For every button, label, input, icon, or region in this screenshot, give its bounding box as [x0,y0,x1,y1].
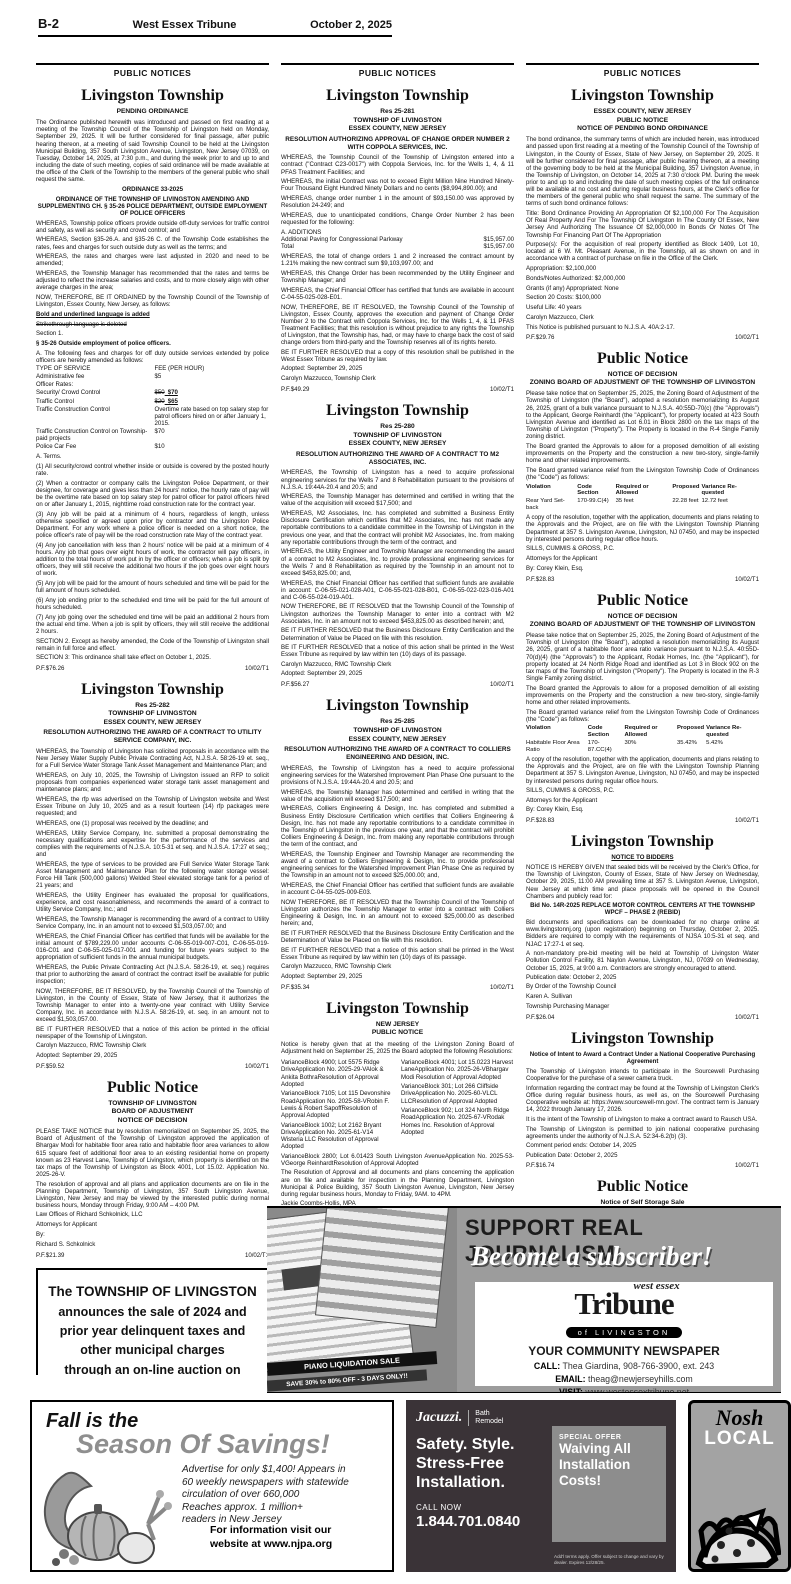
notice: Livingston TownshipRes 25-282TOWNSHIP OF… [36,681,269,1070]
notice-paragraph: The Ordinance published herewith was int… [36,119,269,183]
variance-table-cell: Rear Yard Set-back [526,497,577,512]
fee-row: Traffic Construction Control on Township… [36,428,269,442]
newspaper-photo-collage: PIANO LIQUIDATION SALE SAVE 30% to 80% O… [267,1208,457,1392]
notice-paragraph: A copy of the resolution, together with … [526,514,759,543]
notice-paragraph: This Notice is published pursuant to N.J… [526,324,759,331]
notice-paragraph: VarianceBlock 2800; Lot 6.01423 South Li… [281,1153,514,1167]
column-3: PUBLIC NOTICES Livingston TownshipESSEX … [526,63,759,1375]
notice-paragraph: WHEREAS, the Township of Livingston has … [281,469,514,490]
notice-title: Public Notice [526,592,759,610]
notice-paragraph: BE IT FURTHER RESOLVED that the Business… [281,930,514,944]
notices-column-1: Livingston TownshipPENDING ORDINANCEThe … [36,82,269,1268]
notice-title: Livingston Township [526,1030,759,1048]
notice-paragraph: WHEREAS, the Public Private Contracting … [36,964,269,985]
notice-subtitle: NOTICE OF DECISION [526,371,759,380]
notice-subtitle: PUBLIC NOTICE [281,1029,514,1038]
notice-subtitle: ESSEX COUNTY, NEW JERSEY [281,440,514,449]
issue-date: October 2, 2025 [310,19,392,31]
variance-table-cell: 170-87.CC(4) [588,739,625,754]
notice-fee: P.F.$16.74 [526,1162,554,1169]
notice-paragraph: ORDINANCE OF THE TOWNSHIP OF LIVINGSTON … [36,196,269,217]
notice-paragraph: A non-mandatory pre-bid meeting will be … [526,950,759,971]
notice-title: Livingston Township [281,87,514,105]
special-offer-box: SPECIAL OFFER Waiving All Installation C… [552,1426,666,1542]
variance-table-header: Violation [526,725,588,739]
fee-row: Traffic Construction ControlOvertime rat… [36,406,269,427]
variance-table-cell: 22.28 feet [672,497,701,512]
notice-subtitle: NOTICE OF DECISION [36,1117,269,1126]
notice-paragraph: WHEREAS, on July 10, 2025, the Township … [36,772,269,793]
notice-paragraph: A copy of the resolution, together with … [526,756,759,785]
variance-table-header: Code Section [588,725,625,739]
newspaper-title: West Essex Tribune [133,19,237,31]
notice-subtitle: PUBLIC NOTICE [526,117,759,126]
notice-fee: P.F.$29.76 [526,334,554,341]
notice-subtitle: TOWNSHIP OF LIVINGSTON [36,1100,269,1109]
notice: Livingston TownshipRes 25-280TOWNSHIP OF… [281,402,514,688]
signature-line: Attorneys for the Applicant [526,797,759,805]
fee-row: Security/ Crowd Control$50 $70 [36,389,269,396]
notice-paragraph: NOW, THEREFORE, BE IT RESOLVED, the Town… [281,304,514,347]
notice-paragraph: Section 20 Costs: $100,000 [526,294,759,301]
notice-paragraph: WHEREAS, Township police officers provid… [36,220,269,234]
notice-fee: P.F.$35.34 [281,984,309,991]
notice-paragraph: WHEREAS, change order number 1 in the am… [281,195,514,209]
variance-table-header: Required or Allowed [625,725,677,739]
notice-footer: P.F.$26.0410/02/T1 [526,1014,759,1021]
notice-paragraph: The Board granted variance relief from t… [526,467,759,481]
notice-paragraph: WHEREAS, the Chief Financial Officer has… [281,580,514,601]
jacuzzi-headline: Safety. Style. Stress-Free Installation. [416,1436,536,1493]
notice: Livingston TownshipNOTICE TO BIDDERSNOTI… [526,833,759,1021]
tribune-logo-west-essex: west essex [633,1280,679,1292]
resolution-list-column: VarianceBlock 4900; Lot 5575 Ridge Drive… [281,1057,394,1150]
notice-paragraph: WHEREAS, Colliers Engineering & Design, … [281,805,514,848]
notice-subtitle: Res 25-280 [281,423,514,432]
notice-paragraph: Strikethrough language is deleted [36,321,269,328]
signature-line: By Order of the Township Council [526,983,759,991]
notice-paragraph: WHEREAS, due to unanticipated conditions… [281,212,514,226]
notice-subtitle: ESSEX COUNTY, NEW JERSEY [526,108,759,117]
variance-table-header: Proposed [677,725,706,739]
signature-line: Karen A. Sullivan [526,993,759,1001]
notice-paragraph: PLEASE TAKE NOTICE that by resolution me… [36,1128,269,1178]
notice-paragraph: The Township of Livingston is permitted … [526,1126,759,1140]
public-notices-header-1: PUBLIC NOTICES [36,63,269,78]
notice-fee: P.F.$56.27 [281,681,309,688]
notice-subtitle: Res 25-281 [281,108,514,117]
notice-title: Livingston Township [526,833,759,851]
notice-paragraph: It is the intent of the Township of Livi… [526,1116,759,1123]
variance-table-header-row: ViolationCode SectionRequired or Allowed… [526,484,759,498]
notice-paragraph: SECTION 2. Except as hereby amended, the… [36,638,269,652]
signature-line: SILLS, CUMMIS & GROSS, P.C. [526,787,759,795]
notice-paragraph: (6) Any job ending prior to the schedule… [36,597,269,611]
fee-new-value: $65 [165,398,178,405]
notice-footer: P.F.$56.2710/02/T1 [281,681,514,688]
notice-subtitle: TOWNSHIP OF LIVINGSTON [281,432,514,441]
notice-footer: P.F.$49.2910/02/T1 [281,386,514,393]
notice: Public NoticeNOTICE OF DECISIONZONING BO… [526,350,759,583]
notice-title: Public Notice [526,1178,759,1196]
resolution-item: VarianceBlock 7105; Lot 115 Devonshire R… [281,1090,394,1119]
notice-paragraph: The Resolution of Approval and all docum… [281,1169,514,1198]
notice-paragraph: (3) Any job will be paid at a minimum of… [36,511,269,540]
amount-value: $15,957.00 [484,236,515,243]
notice-run-date: 10/02/T1 [735,576,759,583]
subscribe-script-line: Become a subscriber! [471,1241,712,1272]
signature-line: By: Corey Klein, Esq. [526,806,759,814]
bottom-ad-strip: Fall is the Season Of Savings! Advertise… [30,1400,761,1572]
notice-heading: RESOLUTION AUTHORIZING THE AWARD OF A CO… [281,451,514,467]
signature-line: By: Corey Klein, Esq. [526,565,759,573]
notice-paragraph: NOTICE IS HEREBY GIVEN that sealed bids … [526,864,759,900]
notice-columns: PUBLIC NOTICES Livingston TownshipPENDIN… [0,63,791,1375]
variance-table-row: Habitable Floor Area Ratio170-87.CC(4)30… [526,739,759,754]
notice-paragraph: WHEREAS, the Chief Financial Officer has… [281,882,514,896]
variance-table-row: Rear Yard Set-back170-99.C(4)35 feet22.2… [526,497,759,512]
fee-value: $10 [155,443,270,450]
signature-line: Attorneys for the Applicant [526,555,759,563]
masthead: B-2 West Essex Tribune October 2, 2025 [38,16,392,37]
fee-label: Officer Rates: [36,381,155,388]
tax-sale-ad: The TOWNSHIP OF LIVINGSTON announces the… [36,1268,269,1375]
notice-paragraph: WHEREAS, the Township Engineer and Towns… [281,851,514,880]
variance-table-cell: 5.42% [706,739,759,754]
notice-paragraph: Title: Bond Ordinance Providing An Appro… [526,210,759,239]
notice-paragraph: WHEREAS, the Utility Engineer has evalua… [36,892,269,913]
notice-paragraph: (4) Any job cancellation with less than … [36,542,269,578]
jacuzzi-bath-remodel-ad: Jacuzzi. Bath Remodel Safety. Style. Str… [406,1400,676,1572]
notice-paragraph: Bold and underlined language is added [36,311,269,318]
subscribe-visit-line[interactable]: VISIT: www.westessextribune.net [475,1387,773,1393]
notice-paragraph: WHEREAS, Utility Service Company, Inc. s… [36,830,269,859]
notice-paragraph: Comment period ends: October 14, 2025 [526,1142,759,1149]
amount-row: Total$15,957.00 [281,243,514,250]
subscribe-tagline: YOUR COMMUNITY NEWSPAPER [475,1344,773,1358]
notice-footer: P.F.$28.8310/02/T1 [526,817,759,824]
notice-title: Livingston Township [281,1000,514,1018]
signature-line: Carolyn Mazzucco, RMC Township Clerk [36,1042,269,1050]
notice-paragraph: A. ADDITIONS [281,229,514,236]
fall-ad-line2: Season Of Savings! [76,1429,392,1460]
notice-paragraph: (2) When a contractor or company calls t… [36,480,269,509]
notice: Livingston TownshipPENDING ORDINANCEThe … [36,87,269,672]
amount-label: Total [281,243,294,250]
notice-title: Public Notice [526,350,759,368]
notice-title: Livingston Township [281,402,514,420]
fee-row: Officer Rates: [36,381,269,388]
notice-paragraph: BE IT FURTHER RESOLVED that a notice of … [281,947,514,961]
fee-old-value: $50 [155,389,165,396]
variance-table-header: Violation [526,484,577,498]
notice-fee: P.F.$26.04 [526,1014,554,1021]
fee-row: Traffic Control$20 $65 [36,398,269,405]
notice-paragraph: NOTICE TO BIDDERS [526,854,759,861]
notice: Public NoticeNOTICE OF DECISIONZONING BO… [526,592,759,825]
tax-sale-ad-title: The TOWNSHIP OF LIVINGSTON [44,1282,261,1303]
notice-run-date: 10/02/T1 [245,665,269,672]
variance-table-cell: Habitable Floor Area Ratio [526,739,588,754]
signature-line: Adopted: September 29, 2025 [36,1052,269,1060]
notice-paragraph: Section 1. [36,330,269,337]
notice-paragraph: The Board granted variance relief from t… [526,709,759,723]
notice-subtitle: TOWNSHIP OF LIVINGSTON [281,117,514,126]
fee-label: Traffic Construction Control [36,406,155,427]
notice-paragraph: WHEREAS, the Township of Livingston has … [36,748,269,769]
notice: Livingston TownshipRes 25-281TOWNSHIP OF… [281,87,514,393]
taco-icon [693,1473,781,1569]
jacuzzi-fine-print: Add'l terms apply. Offer subject to chan… [554,1554,666,1566]
signature-line: Attorneys for Applicant [36,1221,269,1229]
notice-footer: P.F.$29.7610/02/T1 [526,334,759,341]
notice-heading: RESOLUTION AUTHORIZING APPROVAL OF CHANG… [281,136,514,152]
amount-label: Additional Paving for Congressional Park… [281,236,403,243]
notice-paragraph: NOW THEREFORE, BE IT RESOLVED that the T… [281,899,514,928]
notice-paragraph: BE IT FURTHER RESOLVED that a notice of … [36,1026,269,1040]
notice-paragraph: WHEREAS, one (1) proposal was received b… [36,820,269,827]
notice-paragraph: WHEREAS, the Chief Financial Officer has… [36,933,269,962]
notice-paragraph: Bonds/Notes Authorized: $2,000,000 [526,275,759,282]
fee-old-value: $20 [155,398,165,405]
notice-paragraph: Useful Life: 40 years [526,304,759,311]
variance-table: ViolationCode SectionRequired or Allowed… [526,484,759,512]
notice-paragraph: Grants (if any) Appropriated: None [526,285,759,292]
notice-title: Livingston Township [36,681,269,699]
variance-table-header: Variance Re-quested [706,725,759,739]
signature-line: Richard S. Schkolnick [36,1241,269,1249]
fee-label: Administrative fee [36,373,155,380]
variance-table-header: Code Section [577,484,615,498]
resolution-item: VarianceBlock 902; Lot 324 North Ridge R… [401,1107,514,1136]
notice-paragraph: WHEREAS, the Township of Livingston has … [281,765,514,786]
notice-run-date: 10/02/T1 [245,1252,269,1259]
notice-paragraph: The resolution of approval and all plans… [36,1181,269,1210]
notice-paragraph: WHEREAS, the total of change orders 1 an… [281,253,514,267]
fee-value: FEE (PER HOUR) [155,365,270,372]
notice-footer: P.F.$76.2610/02/T1 [36,665,269,672]
notice: Public NoticeTOWNSHIP OF LIVINGSTONBOARD… [36,1079,269,1259]
fee-value: Overtime rate based on top salary step f… [155,406,270,427]
notice-paragraph: WHEREAS, the Township Manager has recomm… [36,270,269,291]
notices-column-2: Livingston TownshipRes 25-281TOWNSHIP OF… [281,82,514,1237]
notice-paragraph: WHEREAS, the Township Manager has determ… [281,493,514,507]
page-number: B-2 [38,16,59,31]
notice-paragraph: BE IT FURTHER RESOLVED that the Business… [281,627,514,641]
notice-heading: RESOLUTION AUTHORIZING THE AWARD OF A CO… [36,729,269,745]
notice-paragraph: The Board granted the Approvals to allow… [526,685,759,706]
notice-paragraph: WHEREAS, the Township Manager is recomme… [36,916,269,930]
notice-run-date: 10/02/T1 [490,386,514,393]
notice-paragraph: Notice of Intent to Award a Contract Und… [526,1051,759,1065]
fee-label: Traffic Control [36,398,155,405]
signature-line: Adopted: September 29, 2025 [281,670,514,678]
newspaper-thumbnail-2 [315,1208,449,1328]
notice-paragraph: WHEREAS, the Chief Financial Officer has… [281,287,514,301]
nosh-subtitle: LOCAL [691,1429,788,1448]
notice-paragraph: (7) Any job going over the scheduled end… [36,614,269,635]
notice-paragraph: SECTION 3: This ordinance shall take eff… [36,654,269,661]
notice-title: Livingston Township [526,87,759,105]
notice-paragraph: A. The following fees and charges for of… [36,350,269,364]
nosh-title: Nosh [691,1407,788,1429]
variance-table-cell: 170-99.C(4) [577,497,615,512]
notice-paragraph: BE IT FURTHER RESOLVED that a notice of … [281,644,514,658]
notice-subtitle: Res 25-285 [281,718,514,727]
notice-paragraph: WHEREAS, Section §35-26.A. and §35-26 C.… [36,236,269,250]
fee-label: TYPE OF SERVICE [36,365,155,372]
tribune-logo: west essex Tribune [574,1286,673,1322]
notice-paragraph: ORDINANCE 33-2025 [36,186,269,193]
notice-run-date: 10/02/T1 [735,1014,759,1021]
signature-line: Adopted: September 29, 2025 [281,365,514,373]
notice-footer: P.F.$16.7410/02/T1 [526,1162,759,1169]
notice-paragraph: Information regarding the contract may b… [526,1085,759,1114]
notice: Livingston TownshipNotice of Intent to A… [526,1030,759,1169]
variance-table-header: Proposed [672,484,701,498]
notice-paragraph: WHEREAS, the initial Contract was not to… [281,178,514,192]
signature-line: SILLS, CUMMIS & GROSS, P.C. [526,545,759,553]
signature-line: Carolyn Mazzucco, Township Clerk [281,375,514,383]
notice-footer: P.F.$21.3910/02/T1 [36,1252,269,1259]
variance-table-cell: 35 feet [616,497,673,512]
notice-paragraph: Please take notice that on September 25,… [526,632,759,682]
resolution-list: VarianceBlock 4900; Lot 5575 Ridge Drive… [281,1057,514,1150]
variance-table: ViolationCode SectionRequired or Allowed… [526,725,759,753]
notice-paragraph: Bid No. 14R-2025 REPLACE MOTOR CONTROL C… [526,902,759,916]
notice-paragraph: (1) All security/crowd control whether i… [36,463,269,477]
notice-subtitle: TOWNSHIP OF LIVINGSTON [36,710,269,719]
fall-savings-ad: Fall is the Season Of Savings! Advertise… [30,1400,394,1572]
notice-run-date: 10/02/T1 [735,334,759,341]
notice-subtitle: ZONING BOARD OF ADJUSTMENT OF THE TOWNSH… [526,621,759,630]
notice-subtitle: NOTICE OF PENDING BOND ORDINANCE [526,125,759,134]
notice-paragraph: BE IT FURTHER RESOLVED that a copy of th… [281,349,514,363]
notice-paragraph: § 35-26 Outside employment of police off… [36,340,269,347]
notice-paragraph: The bond ordinance, the summary terms of… [526,136,759,207]
variance-table-cell: 30% [625,739,677,754]
notice-fee: P.F.$49.29 [281,386,309,393]
jacuzzi-logo: Jacuzzi. [416,1410,462,1426]
resolution-item: VarianceBlock 1002; Lot 2162 Bryant Driv… [281,1122,394,1151]
notice-subtitle: NEW JERSEY [281,1021,514,1030]
notice-heading: RESOLUTION AUTHORIZING THE AWARD OF A CO… [281,746,514,762]
subscribe-ad: PIANO LIQUIDATION SALE SAVE 30% to 80% O… [267,1206,781,1393]
notice-subtitle: TOWNSHIP OF LIVINGSTON [281,727,514,736]
newspaper-page: B-2 West Essex Tribune October 2, 2025 P… [0,0,791,1584]
notice-subtitle: PENDING ORDINANCE [36,108,269,117]
tribune-logo-of-livingston: of LIVINGSTON [566,1327,683,1338]
notice-fee: P.F.$28.83 [526,817,554,824]
variance-table-header-row: ViolationCode SectionRequired or Allowed… [526,725,759,739]
notice-paragraph: WHEREAS, this Change Order has been reco… [281,270,514,284]
signature-line: Carolyn Mazzucco, RMC Township Clerk [281,661,514,669]
notice: Livingston TownshipNEW JERSEYPUBLIC NOTI… [281,1000,514,1228]
notice-paragraph: Bid documents and specifications can be … [526,919,759,948]
notice: Livingston TownshipESSEX COUNTY, NEW JER… [526,87,759,341]
fee-label: Police Car Fee [36,443,155,450]
fee-row: TYPE OF SERVICEFEE (PER HOUR) [36,365,269,372]
notice-subtitle: ESSEX COUNTY, NEW JERSEY [281,125,514,134]
fee-new-value: $70 [165,389,178,396]
signature-line: Law Offices of Richard Schkolnick, LLC [36,1211,269,1219]
notice-run-date: 10/02/T1 [490,984,514,991]
notice: Livingston TownshipRes 25-285TOWNSHIP OF… [281,697,514,990]
notice-run-date: 10/02/T1 [735,817,759,824]
notice-title: Public Notice [36,1079,269,1097]
amount-row: Additional Paving for Congressional Park… [281,236,514,243]
notice-title: Livingston Township [281,697,514,715]
notice-paragraph: The Board granted the Approvals to allow… [526,443,759,464]
brand-divider [468,1410,469,1426]
variance-table-header: Variance Re-quested [702,484,759,498]
notice-paragraph: WHEREAS, the rfp was advertised on the T… [36,796,269,817]
notice-title: Livingston Township [36,87,269,105]
notice-paragraph: WHEREAS, the Township Manager has determ… [281,789,514,803]
fee-value: $5 [155,373,270,380]
resolution-item: VarianceBlock 301; Lot 266 Cliffside Dri… [401,1083,514,1104]
fee-value: $20 $65 [155,398,270,405]
notice-subtitle: Res 25-282 [36,702,269,711]
signature-line: Adopted: September 29, 2025 [281,973,514,981]
public-notices-header-3: PUBLIC NOTICES [526,63,759,78]
notice-paragraph: Carolyn Mazzucco, Clerk [526,314,759,321]
notice-paragraph: NOW, THEREFORE, BE IT RESOLVED, by the T… [36,988,269,1024]
variance-table-cell: 35.42% [677,739,706,754]
notice-footer: P.F.$59.5210/02/T1 [36,1063,269,1070]
notice-paragraph: Please take notice that on September 25,… [526,390,759,440]
fee-row: Police Car Fee$10 [36,443,269,450]
column-1: PUBLIC NOTICES Livingston TownshipPENDIN… [36,63,269,1375]
notice-subtitle: NOTICE OF DECISION [526,613,759,622]
notice-fee: P.F.$59.52 [36,1063,64,1070]
notice-paragraph: Publication Date: October 2, 2025 [526,1152,759,1159]
notice-paragraph: WHEREAS, the Utility Engineer and Townsh… [281,548,514,577]
fee-value: $50 $70 [155,389,270,396]
notice-subtitle: BOARD OF ADJUSTMENT [36,1108,269,1117]
notice-subtitle: ESSEX COUNTY, NEW JERSEY [281,736,514,745]
notice-paragraph: WHEREAS, the Township Council of the Tow… [281,154,514,175]
resolution-list-column: VarianceBlock 4001; Lot 15.0223 Harvest … [401,1057,514,1150]
notice-paragraph: WHEREAS, the rates and charges were last… [36,253,269,267]
resolution-item: VarianceBlock 4900; Lot 5575 Ridge Drive… [281,1059,394,1088]
notice-run-date: 10/02/T1 [735,1162,759,1169]
cornucopia-icon [36,1464,186,1568]
notice-paragraph: A. Terms. [36,453,269,460]
fee-row: Administrative fee$5 [36,373,269,380]
column-2: PUBLIC NOTICES Livingston TownshipRes 25… [281,63,514,1375]
jacuzzi-brand-row: Jacuzzi. Bath Remodel [416,1410,666,1426]
fall-ad-cta: For information visit our website at www… [210,1524,386,1551]
notice-fee: P.F.$76.26 [36,665,64,672]
subscribe-call-line: CALL: Thea Giardina, 908-766-3900, ext. … [475,1361,773,1371]
public-notices-header-2: PUBLIC NOTICES [281,63,514,78]
notice-subtitle: ZONING BOARD OF ADJUSTMENT OF THE TOWNSH… [526,379,759,388]
notice-paragraph: The Township of Livingston intends to pa… [526,1068,759,1082]
notice-paragraph: WHEREAS, M2 Associates, Inc. has complet… [281,510,514,546]
notice-paragraph: (5) Any job will be paid for the amount … [36,580,269,594]
signature-line: By: [36,1231,269,1239]
notice-run-date: 10/02/T1 [490,681,514,688]
signature-line: Township Purchasing Manager [526,1003,759,1011]
notice-footer: P.F.$35.3410/02/T1 [281,984,514,991]
notice-run-date: 10/02/T1 [245,1063,269,1070]
notice-paragraph: Purpose(s): For the acquisition of real … [526,241,759,262]
subscribe-email-line[interactable]: EMAIL: theag@newjerseyhills.com [475,1374,773,1384]
notice-fee: P.F.$28.83 [526,576,554,583]
variance-table-cell: 12.72 feet [702,497,759,512]
bath-remodel-label: Bath Remodel [475,1410,503,1426]
